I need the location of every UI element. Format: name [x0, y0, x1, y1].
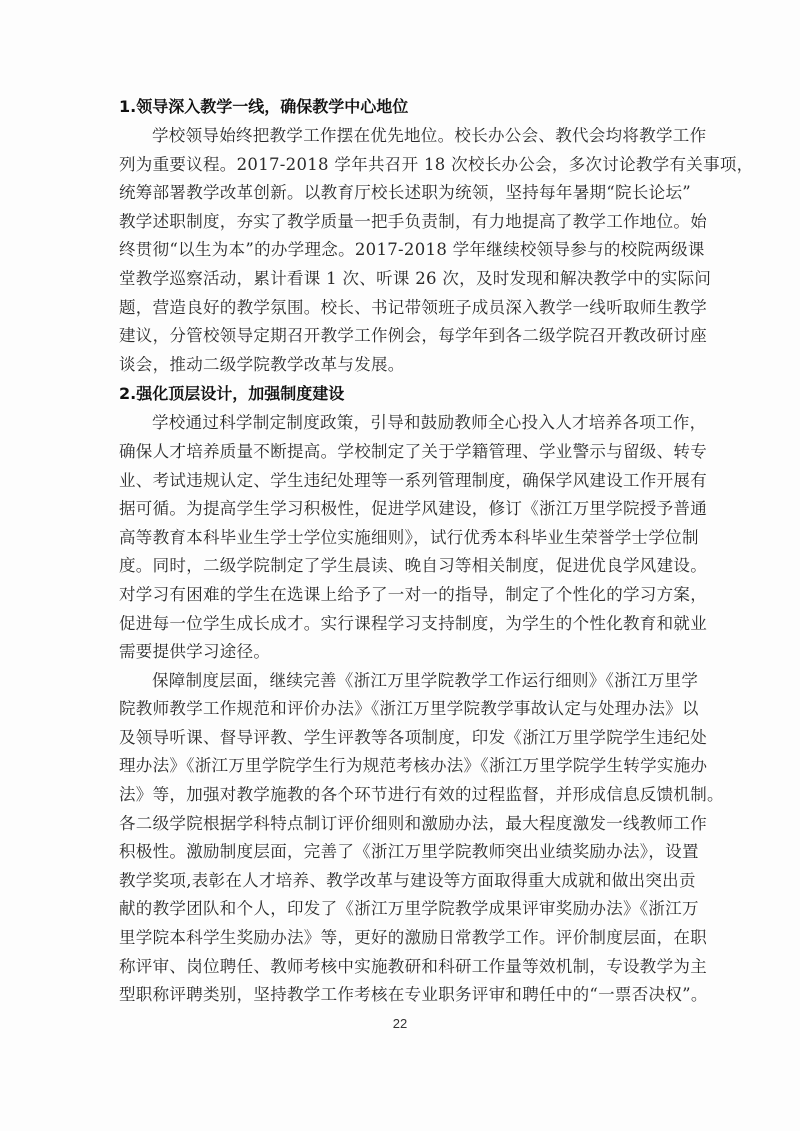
- text-line: 献的教学团队和个人，印发了《浙江万里学院教学成果评审奖励办法》《浙江万: [119, 895, 691, 924]
- text-line: 保障制度层面，继续完善《浙江万里学院教学工作运行细则》《浙江万里学: [119, 667, 691, 696]
- text-line: 列为重要议程。2017-2018 学年共召开 18 次校长办公会，多次讨论教学有…: [119, 151, 691, 180]
- section-2-paragraph-2: 保障制度层面，继续完善《浙江万里学院教学工作运行细则》《浙江万里学 院教师教学工…: [119, 667, 691, 1010]
- text-line: 业、考试违规认定、学生违纪处理等一系列管理制度，确保学风建设工作开展有: [119, 467, 691, 496]
- text-line: 院教师教学工作规范和评价办法》《浙江万里学院教学事故认定与处理办法》以: [119, 695, 691, 724]
- section-heading-2: 2.强化顶层设计，加强制度建设: [119, 379, 691, 409]
- text-line: 堂教学巡察活动，累计看课 1 次、听课 26 次，及时发现和解决教学中的实际问: [119, 265, 691, 294]
- text-line: 各二级学院根据学科特点制订评价细则和激励办法，最大程度激发一线教师工作: [119, 810, 691, 839]
- text-line: 度。同时，二级学院制定了学生晨读、晚自习等相关制度，促进优良学风建设。: [119, 552, 691, 581]
- text-line: 高等教育本科毕业生学士学位实施细则》，试行优秀本科毕业生荣誉学士学位制: [119, 524, 691, 553]
- text-line: 积极性。激励制度层面，完善了《浙江万里学院教师突出业绩奖励办法》，设置: [119, 838, 691, 867]
- text-line: 建议，分管校领导定期召开教学工作例会，每学年到各二级学院召开教改研讨座: [119, 322, 691, 351]
- text-line: 促进每一位学生成长成才。实行课程学习支持制度，为学生的个性化教育和就业: [119, 610, 691, 639]
- section-2-paragraph-1: 学校通过科学制定制度政策，引导和鼓励教师全心投入人才培养各项工作， 确保人才培养…: [119, 409, 691, 666]
- section-1-paragraph-1: 学校领导始终把教学工作摆在优先地位。校长办公会、教代会均将教学工作 列为重要议程…: [119, 122, 691, 379]
- text-line: 及领导听课、督导评教、学生评教等各项制度，印发《浙江万里学院学生违纪处: [119, 724, 691, 753]
- document-page: 1.领导深入教学一线，确保教学中心地位 学校领导始终把教学工作摆在优先地位。校长…: [0, 0, 800, 1131]
- text-line: 教学述职制度，夯实了教学质量一把手负责制，有力地提高了教学工作地位。始: [119, 208, 691, 237]
- text-line: 确保人才培养质量不断提高。学校制定了关于学籍管理、学业警示与留级、转专: [119, 438, 691, 467]
- text-line: 题，营造良好的教学氛围。校长、书记带领班子成员深入教学一线听取师生教学: [119, 294, 691, 323]
- text-line: 终贯彻“以生为本”的办学理念。2017-2018 学年继续校领导参与的校院两级课: [119, 236, 691, 265]
- section-heading-1: 1.领导深入教学一线，确保教学中心地位: [119, 92, 691, 122]
- text-line: 称评审、岗位聘任、教师考核中实施教研和科研工作量等效机制，专设教学为主: [119, 953, 691, 982]
- text-line: 统筹部署教学改革创新。以教育厅校长述职为统领，坚持每年暑期“院长论坛”: [119, 179, 691, 208]
- page-content: 1.领导深入教学一线，确保教学中心地位 学校领导始终把教学工作摆在优先地位。校长…: [119, 92, 691, 1010]
- text-line: 法》等，加强对教学施教的各个环节进行有效的过程监督，并形成信息反馈机制。: [119, 781, 691, 810]
- text-line: 谈会，推动二级学院教学改革与发展。: [119, 351, 691, 380]
- text-line: 型职称评聘类别，坚持教学工作考核在专业职务评审和聘任中的“一票否决权”。: [119, 981, 691, 1010]
- text-line: 理办法》《浙江万里学院学生行为规范考核办法》《浙江万里学院学生转学实施办: [119, 752, 691, 781]
- text-line: 教学奖项,表彰在人才培养、教学改革与建设等方面取得重大成就和做出突出贡: [119, 867, 691, 896]
- page-number: 22: [0, 1016, 800, 1031]
- text-line: 需要提供学习途径。: [119, 638, 691, 667]
- text-line: 对学习有困难的学生在选课上给予了一对一的指导，制定了个性化的学习方案，: [119, 581, 691, 610]
- text-line: 据可循。为提高学生学习积极性，促进学风建设，修订《浙江万里学院授予普通: [119, 495, 691, 524]
- text-line: 学校通过科学制定制度政策，引导和鼓励教师全心投入人才培养各项工作，: [119, 409, 691, 438]
- text-line: 学校领导始终把教学工作摆在优先地位。校长办公会、教代会均将教学工作: [119, 122, 691, 151]
- text-line: 里学院本科学生奖励办法》等，更好的激励日常教学工作。评价制度层面，在职: [119, 924, 691, 953]
